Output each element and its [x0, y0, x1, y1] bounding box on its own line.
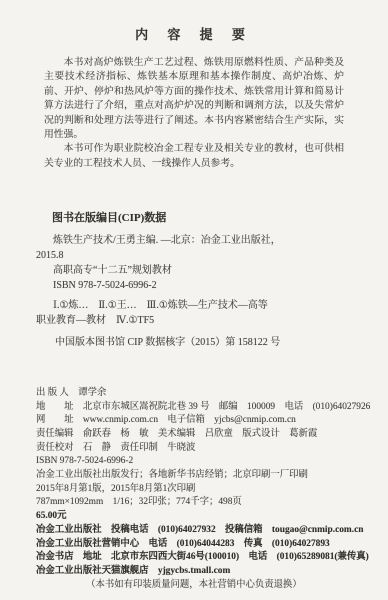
isbn-line: ISBN 978-7-5024-6996-2	[36, 455, 380, 469]
publisher-person-line: 出 版 人 谭学余	[36, 387, 380, 401]
summary-paragraph-1: 本书对高炉炼铁生产工艺过程、炼铁用原燃料性质、产品种类及主要技术经济指标、炼铁基…	[44, 56, 344, 142]
publisher-address-line: 地 址 北京市东城区嵩祝院北巷 39 号 邮编 100009 电话 (010)6…	[36, 401, 380, 415]
cip-isbn-line: ISBN 978-7-5024-6996-2	[36, 279, 362, 294]
bookstore-contact-line: 冶金书店 地址 北京市东四西大街46号(100010) 电话 (010)6528…	[36, 551, 380, 565]
price-line: 65.00元	[36, 510, 380, 524]
distribution-line: 冶金工业出版社出版发行；各地新华书店经销；北京印刷一厂印刷	[36, 469, 380, 483]
summary-title: 内 容 提 要	[0, 24, 388, 43]
quality-notice: （本书如有印装质量问题，本社营销中心负责退换）	[8, 579, 380, 593]
cip-series-line: 高职高专“十二五”规划教材	[36, 264, 362, 279]
edition-line: 2015年8月第1版，2015年8月第1次印刷	[36, 483, 380, 497]
proofreader-line: 责任校对 石 静 责任印制 牛晓波	[36, 442, 380, 456]
marketing-contact-line: 冶金工业出版社营销中心 电话 (010)64044283 传真 (010)640…	[36, 538, 380, 552]
tmall-store-line: 冶金工业出版社天猫旗舰店 yjgycbs.tmall.com	[36, 565, 380, 579]
editors-line: 责任编辑 俞跃春 杨 敏 美术编辑 吕欣童 版式设计 葛新霞	[36, 428, 380, 442]
cip-record-number: 中国版本图书馆 CIP 数据核字（2015）第 158122 号	[36, 336, 362, 351]
summary-paragraph-2: 本书可作为职业院校冶金工程专业及相关专业的教材，也可供相关专业的工程技术人员、一…	[44, 142, 344, 171]
cip-section: 图书在版编目(CIP)数据 炼铁生产技术/王勇主编. —北京：冶金工业出版社， …	[36, 209, 362, 351]
cip-year-line: 2015.8	[36, 249, 362, 264]
imprint-section: 出 版 人 谭学余 地 址 北京市东城区嵩祝院北巷 39 号 邮编 100009…	[36, 387, 380, 593]
cip-classification-line-1: Ⅰ.①炼… Ⅱ.①王… Ⅲ.①炼铁—生产技术—高等	[36, 299, 362, 314]
cip-heading: 图书在版编目(CIP)数据	[52, 209, 362, 225]
book-copyright-page: 内 容 提 要 本书对高炉炼铁生产工艺过程、炼铁用原燃料性质、产品种类及主要技术…	[0, 0, 388, 600]
format-line: 787mm×1092mm 1/16；32印张；774千字；498页	[36, 496, 380, 510]
cip-classification-line-2: 职业教育—教材 Ⅳ.①TF5	[36, 314, 362, 329]
cip-title-author-line: 炼铁生产技术/王勇主编. —北京：冶金工业出版社，	[36, 234, 362, 249]
content-summary-section: 内 容 提 要 本书对高炉炼铁生产工艺过程、炼铁用原燃料性质、产品种类及主要技术…	[0, 24, 388, 171]
submission-contact-line: 冶金工业出版社 投稿电话 (010)64027932 投稿信箱 tougao@c…	[36, 524, 380, 538]
publisher-website-line: 网 址 www.cnmip.com.cn 电子信箱 yjcbs@cnmip.co…	[36, 414, 380, 428]
